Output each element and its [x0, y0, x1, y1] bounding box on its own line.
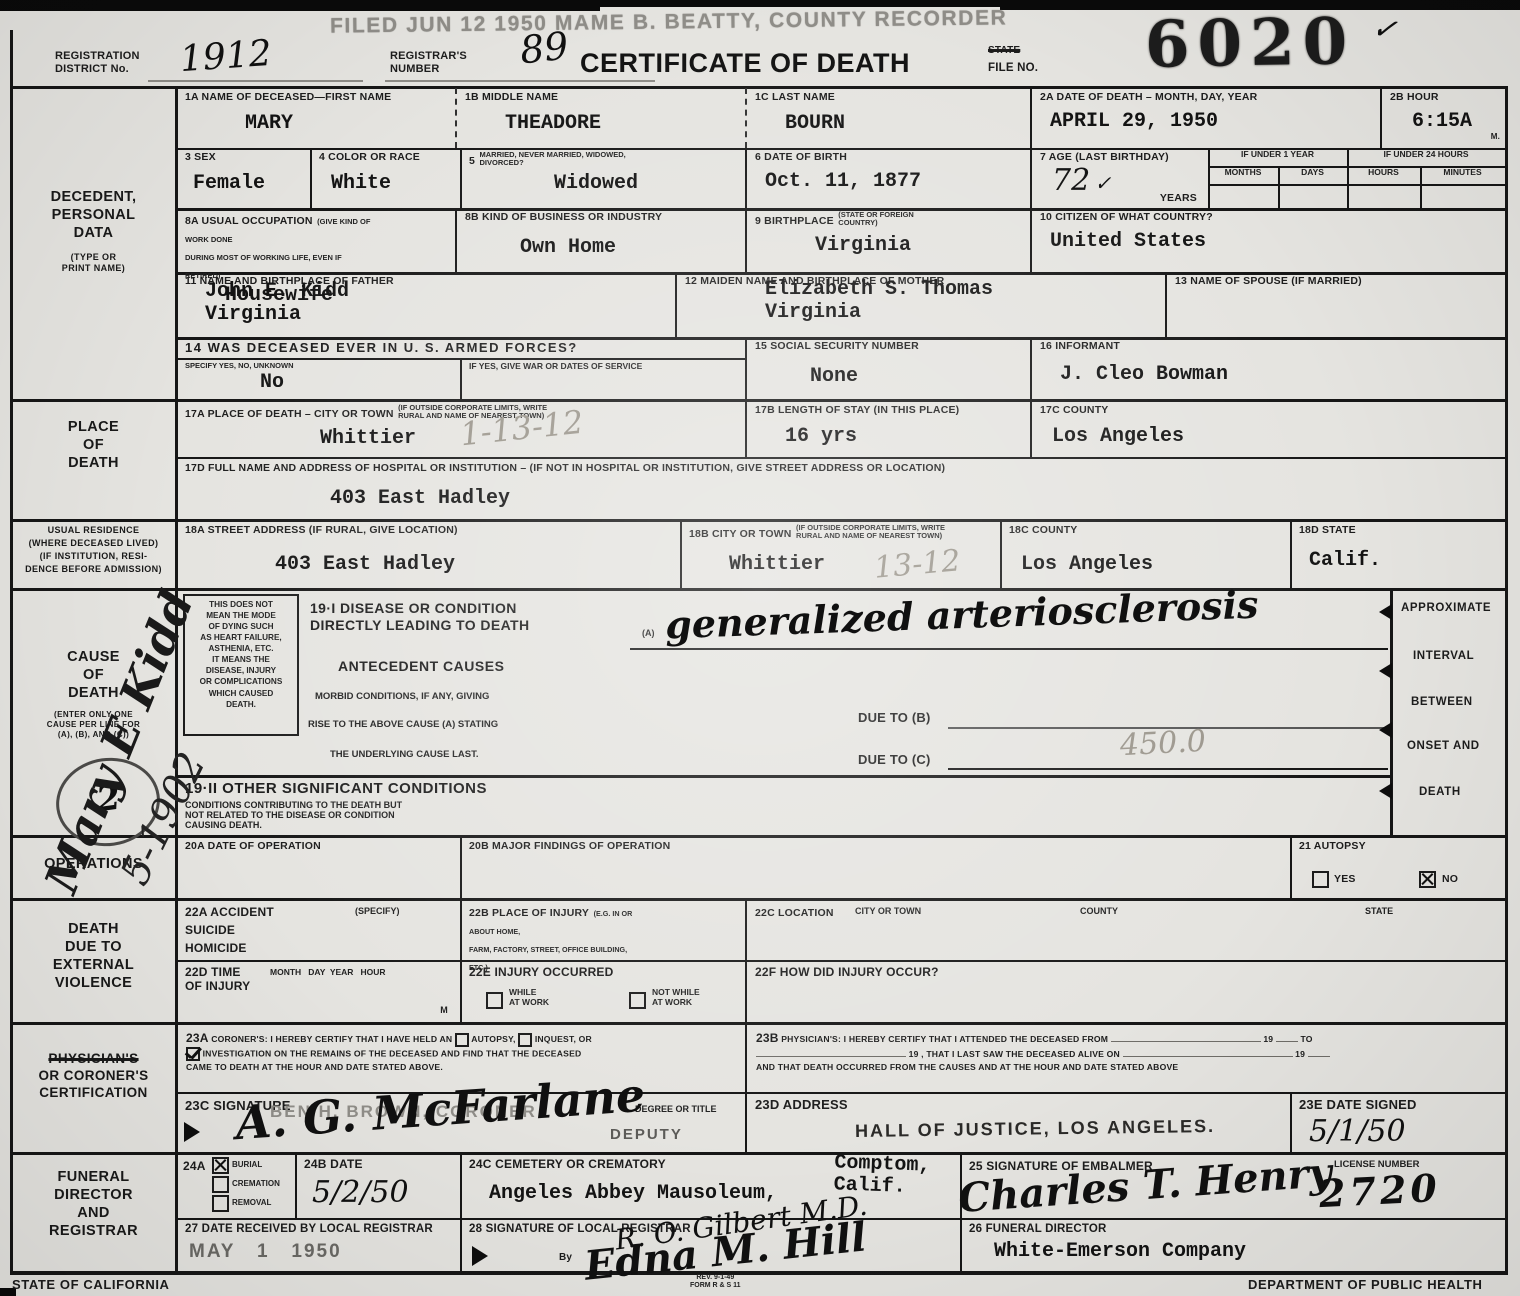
field-23b-19-b: 19	[909, 1049, 919, 1059]
while-at-work-label: WHILE AT WORK	[509, 988, 549, 1007]
under-1-year-label: IF UNDER 1 YEAR	[1210, 150, 1345, 160]
field-1a-label: 1A NAME OF DECEASED—FIRST NAME	[185, 91, 447, 103]
field-8b-business: 8B KIND OF BUSINESS OR INDUSTRY Own Home	[460, 208, 742, 272]
field-11-value: John E. Kidd Virginia	[205, 281, 668, 326]
months-label: MONTHS	[1210, 168, 1276, 178]
field-5-fine-print: MARRIED, NEVER MARRIED, WIDOWED, DIVORCE…	[480, 151, 626, 168]
cremation-label: CREMATION	[232, 1180, 280, 1189]
field-1b-label: 1B MIDDLE NAME	[465, 91, 737, 103]
minutes-label: MINUTES	[1422, 168, 1503, 178]
field-20a-label: 20A DATE OF OPERATION	[185, 840, 453, 852]
field-7-under-1-year: IF UNDER 1 YEAR	[1208, 148, 1347, 166]
margin-external-violence-label: DEATH DUE TO EXTERNAL VIOLENCE	[12, 920, 175, 993]
margin-place-of-death-label: PLACE OF DEATH	[12, 418, 175, 472]
signature-pointer-icon-28	[472, 1246, 488, 1266]
field-22b-label: 22B PLACE OF INJURY	[469, 907, 589, 919]
field-23b-text-1: PHYSICIAN'S: I HEREBY CERTIFY THAT I ATT…	[781, 1034, 1108, 1044]
state-file-no-label: STATE FILE NO.	[988, 40, 1038, 76]
margin-decedent-sublabel: (TYPE OR PRINT NAME)	[12, 252, 175, 275]
field-22c-state-label: STATE	[1365, 906, 1393, 916]
field-1c-value: BOURN	[785, 113, 1021, 135]
file-no-label: FILE NO.	[988, 62, 1038, 74]
field-17a-place-of-death: 17A PLACE OF DEATH – CITY OR TOWN (IF OU…	[180, 401, 743, 457]
removal-label: REMOVAL	[232, 1199, 271, 1208]
field-14-specify: SPECIFY YES, NO, UNKNOWN No	[180, 360, 458, 399]
field-16-label: 16 INFORMANT	[1040, 340, 1500, 352]
field-23a-text-3: CAME TO DEATH AT THE HOUR AND DATE STATE…	[186, 1061, 737, 1074]
field-8a-label: 8A USUAL OCCUPATION	[185, 215, 313, 227]
field-3-sex: 3 SEX Female	[180, 148, 308, 208]
field-1b-value: THEADORE	[505, 113, 737, 135]
field-7-value: 72	[1052, 163, 1090, 198]
registration-district-line	[148, 80, 363, 82]
field-19-2-label: 19·II OTHER SIGNIFICANT CONDITIONS	[185, 780, 1380, 798]
field-9-label: 9 BIRTHPLACE	[755, 215, 834, 227]
field-22a-specify-label: (SPECIFY)	[355, 906, 400, 916]
field-27-date-received: 27 DATE RECEIVED BY LOCAL REGISTRAR MAY …	[180, 1220, 458, 1271]
margin-physicians-label-struck: PHYSICIAN'S	[48, 1051, 138, 1066]
field-23e-date-signed: 23E DATE SIGNED 5/1/50	[1294, 1094, 1505, 1152]
field-14-value: No	[260, 372, 453, 394]
field-17b-length-of-stay: 17B LENGTH OF STAY (IN THIS PLACE) 16 yr…	[750, 401, 1026, 457]
field-4-label: 4 COLOR OR RACE	[319, 151, 453, 163]
field-18c-county: 18C COUNTY Los Angeles	[1004, 521, 1288, 588]
field-22a-accident-suicide-homicide: 22A ACCIDENT SUICIDE HOMICIDE (SPECIFY)	[180, 900, 458, 958]
coroner-inquest-label: INQUEST, OR	[535, 1034, 592, 1044]
field-23b-19-c: 19	[1295, 1049, 1305, 1059]
field-24a-disposition: 24A BURIAL CREMATION REMOVAL	[180, 1154, 295, 1218]
field-23a-text-2: INVESTIGATION ON THE REMAINS OF THE DECE…	[203, 1048, 582, 1058]
autopsy-yes-checkbox	[1312, 871, 1329, 888]
field-24c-cemetery: 24C CEMETERY OR CREMATORY Angeles Abbey …	[464, 1154, 958, 1218]
field-18a-label: 18A STREET ADDRESS (IF RURAL, GIVE LOCAT…	[185, 524, 673, 536]
field-5-value: Widowed	[554, 173, 738, 195]
burial-label: BURIAL	[232, 1161, 262, 1170]
while-at-work-checkbox	[486, 992, 503, 1009]
field-3-value: Female	[193, 173, 303, 195]
days-label: DAYS	[1280, 168, 1345, 178]
registrars-number-value: 89	[518, 24, 571, 73]
field-6-value: Oct. 11, 1877	[765, 171, 1021, 193]
field-13-label: 13 NAME OF SPOUSE (IF MARRIED)	[1175, 275, 1500, 287]
file-number-stamp: 6020	[1144, 4, 1355, 83]
field-11-father: 11 NAME AND BIRTHPLACE OF FATHER John E.…	[180, 272, 673, 337]
field-20a-date-of-operation: 20A DATE OF OPERATION	[180, 837, 458, 898]
field-23b-19-a: 19	[1263, 1034, 1273, 1044]
interval-word-approximate: APPROXIMATE	[1401, 602, 1491, 616]
interval-word-between: BETWEEN	[1411, 696, 1473, 710]
field-28-registrar-signature: 28 SIGNATURE OF LOCAL REGISTRAR R. O. Gi…	[464, 1220, 958, 1271]
field-23e-label: 23E DATE SIGNED	[1299, 1097, 1500, 1112]
field-22c-city-label: CITY OR TOWN	[855, 906, 921, 916]
interval-word-interval: INTERVAL	[1413, 650, 1474, 664]
field-22e-injury-occurred: 22E INJURY OCCURRED WHILE AT WORK NOT WH…	[464, 962, 743, 1020]
scan-edge-top-left	[0, 0, 600, 11]
field-23a-text-1: CORONER'S: I HEREBY CERTIFY THAT I HAVE …	[211, 1034, 452, 1044]
state-label-struck: STATE	[988, 45, 1020, 56]
field-23b-number: 23B	[756, 1031, 779, 1045]
field-15-value: None	[810, 366, 1021, 388]
field-9-birthplace: 9 BIRTHPLACE (STATE OR FOREIGN COUNTRY) …	[750, 208, 1026, 272]
field-2b-label: 2B HOUR	[1390, 91, 1500, 103]
interval-arrow-icon-3	[1379, 722, 1392, 738]
field-10-citizenship: 10 CITIZEN OF WHAT COUNTRY? United State…	[1035, 208, 1505, 272]
field-21-autopsy: 21 AUTOPSY YES NO	[1294, 837, 1505, 898]
field-7-checkmark: ✓	[1095, 171, 1112, 195]
field-19-2-other-conditions: 19·II OTHER SIGNIFICANT CONDITIONS CONDI…	[180, 777, 1385, 835]
interval-arrow-icon-1	[1379, 604, 1392, 620]
field-22f-label: 22F HOW DID INJURY OCCUR?	[755, 965, 1500, 979]
field-12-value: Elizabeth S. Thomas Virginia	[765, 279, 1158, 324]
antecedent-causes-label: ANTECEDENT CAUSES	[338, 658, 504, 675]
autopsy-no-label: NO	[1442, 873, 1458, 885]
field-22d-columns-label: MONTH DAY YEAR HOUR	[270, 968, 386, 978]
field-18b-label: 18B CITY OR TOWN	[689, 528, 792, 540]
due-to-c-label: DUE TO (C)	[858, 752, 931, 767]
margin-decedent-label: DECEDENT, PERSONAL DATA	[12, 188, 175, 242]
field-6-date-of-birth: 6 DATE OF BIRTH Oct. 11, 1877	[750, 148, 1026, 208]
field-23d-value: HALL OF JUSTICE, LOS ANGELES.	[855, 1115, 1283, 1142]
field-18b-pencil-annotation: 13-12	[873, 543, 962, 585]
field-23a-number: 23A	[186, 1031, 209, 1045]
registrar-by-label: By	[559, 1252, 572, 1264]
interval-word-death: DEATH	[1419, 786, 1461, 800]
field-21-label: 21 AUTOPSY	[1299, 840, 1500, 852]
field-1b-middle-name: 1B MIDDLE NAME THEADORE	[460, 88, 742, 148]
burial-checkbox	[212, 1157, 229, 1174]
field-14-war-dates: IF YES, GIVE WAR OR DATES OF SERVICE	[464, 360, 743, 399]
field-15-label: 15 SOCIAL SECURITY NUMBER	[755, 340, 1021, 352]
field-22f-how-injury-occurred: 22F HOW DID INJURY OCCUR?	[750, 962, 1505, 1020]
certificate-title: CERTIFICATE OF DEATH	[580, 48, 910, 79]
morbid-conditions-line1: MORBID CONDITIONS, IF ANY, GIVING	[315, 692, 489, 703]
field-5-marital-status: 5 MARRIED, NEVER MARRIED, WIDOWED, DIVOR…	[464, 148, 743, 208]
field-12-mother: 12 MAIDEN NAME AND BIRTHPLACE OF MOTHER …	[680, 272, 1163, 337]
field-1a-first-name: 1A NAME OF DECEASED—FIRST NAME MARY	[180, 88, 452, 148]
death-certificate-document: FILED JUN 12 1950 MAME B. BEATTY, COUNTY…	[0, 0, 1520, 1296]
field-3-label: 3 SEX	[185, 151, 303, 163]
cause-line-a-value: generalized arteriosclerosis	[664, 582, 1259, 648]
autopsy-no-checkbox	[1419, 871, 1436, 888]
field-9-value: Virginia	[815, 235, 1021, 257]
approximate-interval-column: APPROXIMATE INTERVAL BETWEEN ONSET AND D…	[1393, 588, 1505, 835]
field-14-label: 14 WAS DECEASED EVER IN U. S. ARMED FORC…	[185, 340, 738, 355]
field-22c-location: 22C LOCATION CITY OR TOWN COUNTY STATE	[750, 900, 1505, 958]
field-19-1-label: 19·I DISEASE OR CONDITION DIRECTLY LEADI…	[310, 600, 530, 633]
field-7-hours: HOURS	[1347, 166, 1420, 184]
under-24-hours-label: IF UNDER 24 HOURS	[1349, 150, 1503, 160]
field-17c-county: 17C COUNTY Los Angeles	[1035, 401, 1505, 457]
not-while-at-work-checkbox	[629, 992, 646, 1009]
coroner-inquest-checkbox	[518, 1033, 532, 1047]
footer-department-of-public-health: DEPARTMENT OF PUBLIC HEALTH	[1248, 1277, 1483, 1292]
field-2b-hour: 2B HOUR 6:15A M.	[1385, 88, 1505, 148]
cause-line-a-label: (A)	[642, 628, 655, 638]
field-23b-physician-certification: 23B PHYSICIAN'S: I HEREBY CERTIFY THAT I…	[750, 1024, 1505, 1090]
field-2b-value: 6:15A	[1412, 111, 1500, 133]
field-17d-value: 403 East Hadley	[330, 488, 1500, 510]
field-25-embalmer-signature: 25 SIGNATURE OF EMBALMER LICENSE NUMBER …	[964, 1154, 1505, 1218]
field-18d-state: 18D STATE Calif.	[1294, 521, 1505, 588]
cause-line-a-rule	[630, 648, 1388, 650]
field-8a-occupation: 8A USUAL OCCUPATION (GIVE KIND OF WORK D…	[180, 208, 452, 272]
field-22c-label: 22C LOCATION	[755, 907, 834, 919]
field-7-age: 7 AGE (LAST BIRTHDAY) 72 ✓ YEARS	[1035, 148, 1205, 208]
file-number-checkmark: ✓	[1370, 10, 1400, 48]
field-7-minutes: MINUTES	[1420, 166, 1505, 184]
field-5-label: 5	[469, 155, 475, 167]
field-18c-label: 18C COUNTY	[1009, 524, 1283, 536]
field-22d-time-of-injury: 22D TIME OF INJURY MONTH DAY YEAR HOUR M	[180, 962, 458, 1020]
margin-handwriting-name: Mary E Kidd	[34, 583, 204, 900]
field-17d-hospital-address: 17D FULL NAME AND ADDRESS OF HOSPITAL OR…	[180, 459, 1505, 519]
field-7-months: MONTHS	[1208, 166, 1278, 184]
field-27-value-stamp: MAY 1 1950	[189, 1241, 453, 1263]
field-23d-label: 23D ADDRESS	[755, 1097, 1283, 1112]
field-6-label: 6 DATE OF BIRTH	[755, 151, 1021, 163]
field-23b-text-2: , THAT I LAST SAW THE DECEASED ALIVE ON	[921, 1049, 1120, 1059]
field-14-armed-forces: 14 WAS DECEASED EVER IN U. S. ARMED FORC…	[180, 337, 743, 358]
field-16-informant: 16 INFORMANT J. Cleo Bowman	[1035, 337, 1505, 399]
deputy-stamp: DEPUTY	[610, 1126, 683, 1143]
field-22b-place-of-injury: 22B PLACE OF INJURY (E.G. IN OR ABOUT HO…	[464, 900, 743, 958]
field-20b-label: 20B MAJOR FINDINGS OF OPERATION	[469, 840, 1283, 852]
license-number-value: 2720	[1318, 1165, 1442, 1216]
registration-district-label: REGISTRATION DISTRICT No.	[55, 50, 140, 76]
field-22e-label: 22E INJURY OCCURRED	[469, 965, 738, 979]
coroner-investigation-checkbox	[186, 1047, 200, 1061]
hours-label: HOURS	[1349, 168, 1418, 178]
field-17b-value: 16 yrs	[785, 426, 1021, 448]
field-18b-fine-print: (IF OUTSIDE CORPORATE LIMITS, WRITE RURA…	[796, 524, 945, 541]
autopsy-yes-label: YES	[1334, 873, 1356, 885]
due-to-b-label: DUE TO (B)	[858, 710, 931, 725]
field-20b-major-findings: 20B MAJOR FINDINGS OF OPERATION	[464, 837, 1288, 898]
field-4-color-or-race: 4 COLOR OR RACE White	[314, 148, 458, 208]
field-23b-text-3: AND THAT DEATH OCCURRED FROM THE CAUSES …	[756, 1061, 1499, 1074]
registration-district-value: 1912	[179, 33, 273, 80]
margin-coroners-certification-label: OR CORONER'S CERTIFICATION	[12, 1068, 175, 1102]
field-18b-city: 18B CITY OR TOWN (IF OUTSIDE CORPORATE L…	[684, 521, 998, 588]
signature-pointer-icon-23c	[184, 1122, 200, 1142]
field-2a-value: APRIL 29, 1950	[1050, 111, 1372, 133]
field-8b-label: 8B KIND OF BUSINESS OR INDUSTRY	[465, 211, 737, 223]
coroner-autopsy-label: AUTOPSY,	[471, 1034, 515, 1044]
cause-note-text: THIS DOES NOT MEAN THE MODE OF DYING SUC…	[187, 599, 295, 710]
field-26-funeral-director: 26 FUNERAL DIRECTOR White-Emerson Compan…	[964, 1220, 1505, 1271]
field-9-fine-print: (STATE OR FOREIGN COUNTRY)	[838, 211, 914, 228]
field-26-value: White-Emerson Company	[994, 1241, 1500, 1263]
field-16-value: J. Cleo Bowman	[1060, 364, 1500, 386]
field-23d-address: 23D ADDRESS HALL OF JUSTICE, LOS ANGELES…	[750, 1094, 1288, 1152]
field-23e-value: 5/1/50	[1309, 1114, 1500, 1149]
field-26-label: 26 FUNERAL DIRECTOR	[969, 1223, 1500, 1237]
field-24b-label: 24B DATE	[304, 1157, 453, 1171]
field-18c-value: Los Angeles	[1021, 554, 1283, 576]
field-22d-meridiem-label: M	[440, 1005, 448, 1016]
field-14-specify-label: SPECIFY YES, NO, UNKNOWN	[185, 362, 453, 370]
field-17c-label: 17C COUNTY	[1040, 404, 1500, 416]
cause-note-box: THIS DOES NOT MEAN THE MODE OF DYING SUC…	[183, 594, 299, 736]
field-17b-label: 17B LENGTH OF STAY (IN THIS PLACE)	[755, 404, 1021, 416]
cremation-checkbox	[212, 1176, 229, 1193]
field-7-under-24-hours: IF UNDER 24 HOURS	[1347, 148, 1505, 166]
field-17a-label: 17A PLACE OF DEATH – CITY OR TOWN	[185, 408, 394, 420]
field-1c-last-name: 1C LAST NAME BOURN	[750, 88, 1026, 148]
morbid-conditions-line2: RISE TO THE ABOVE CAUSE (A) STATING	[308, 720, 498, 731]
margin-usual-residence-label: USUAL RESIDENCE (WHERE DECEASED LIVED) (…	[12, 524, 175, 576]
field-7-years-label: YEARS	[1160, 192, 1197, 204]
field-15-ssn: 15 SOCIAL SECURITY NUMBER None	[750, 337, 1026, 399]
field-2a-label: 2A DATE OF DEATH – MONTH, DAY, YEAR	[1040, 91, 1372, 103]
field-22c-county-label: COUNTY	[1080, 906, 1118, 916]
field-18d-label: 18D STATE	[1299, 524, 1500, 536]
field-7-days: DAYS	[1278, 166, 1347, 184]
footer-state-of-california: STATE OF CALIFORNIA	[12, 1277, 170, 1292]
field-7-label: 7 AGE (LAST BIRTHDAY)	[1040, 151, 1200, 163]
interval-arrow-icon-2	[1379, 663, 1392, 679]
field-10-label: 10 CITIZEN OF WHAT COUNTRY?	[1040, 211, 1500, 223]
field-17d-label: 17D FULL NAME AND ADDRESS OF HOSPITAL OR…	[185, 462, 1500, 474]
coroner-autopsy-checkbox	[455, 1033, 469, 1047]
field-23c-signature: 23C SIGNATURE BEN H. BROWN, CORONER DEGR…	[180, 1094, 743, 1152]
degree-or-title-label: DEGREE OR TITLE	[635, 1104, 717, 1114]
registrars-number-line	[385, 80, 655, 82]
field-1c-label: 1C LAST NAME	[755, 91, 1021, 103]
field-1a-value: MARY	[245, 113, 447, 135]
field-19-2-fine-print: CONDITIONS CONTRIBUTING TO THE DEATH BUT…	[185, 800, 1380, 830]
field-23b-to: TO	[1300, 1034, 1312, 1044]
field-24b-date: 24B DATE 5/2/50	[299, 1154, 458, 1218]
removal-checkbox	[212, 1195, 229, 1212]
field-17c-value: Los Angeles	[1052, 426, 1500, 448]
morbid-conditions-line3: THE UNDERLYING CAUSE LAST.	[330, 750, 479, 761]
field-18a-value: 403 East Hadley	[275, 554, 673, 576]
field-10-value: United States	[1050, 231, 1500, 253]
registrars-number-label: REGISTRAR'S NUMBER	[390, 50, 467, 76]
field-24b-value: 5/2/50	[312, 1175, 453, 1210]
margin-funeral-registrar-label: FUNERAL DIRECTOR AND REGISTRAR	[12, 1168, 175, 1241]
field-18a-street-address: 18A STREET ADDRESS (IF RURAL, GIVE LOCAT…	[180, 521, 678, 588]
not-while-at-work-label: NOT WHILE AT WORK	[652, 988, 700, 1007]
interval-word-onset-and: ONSET AND	[1407, 740, 1480, 754]
field-22a-label: 22A ACCIDENT SUICIDE HOMICIDE	[185, 903, 453, 957]
field-8b-value: Own Home	[520, 237, 737, 259]
field-24a-number: 24A	[183, 1159, 206, 1173]
field-2a-date-of-death: 2A DATE OF DEATH – MONTH, DAY, YEAR APRI…	[1035, 88, 1377, 148]
field-14-war-dates-label: IF YES, GIVE WAR OR DATES OF SERVICE	[469, 362, 738, 372]
field-13-spouse: 13 NAME OF SPOUSE (IF MARRIED)	[1170, 272, 1505, 337]
field-18d-value: Calif.	[1309, 550, 1500, 572]
field-27-label: 27 DATE RECEIVED BY LOCAL REGISTRAR	[185, 1223, 453, 1237]
due-to-c-rule	[948, 768, 1388, 770]
due-to-c-pencil-annotation: 450.0	[1119, 724, 1207, 763]
field-4-value: White	[331, 173, 453, 195]
